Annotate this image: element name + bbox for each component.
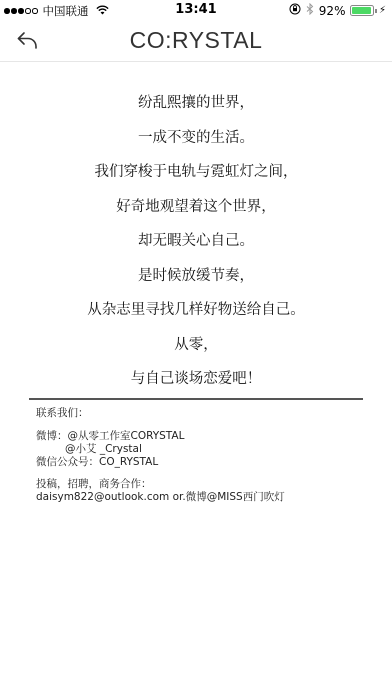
- contact-section: 联系我们： 微博：@从零工作室CORYSTAL @小艾 _Crystal 微信公…: [36, 407, 285, 504]
- contact-heading: 联系我们：: [36, 407, 285, 420]
- poem-line: 我们穿梭于电轨与霓虹灯之间，: [0, 159, 392, 194]
- poem-line: 却无暇关心自己。: [0, 228, 392, 263]
- battery-percent: 92%: [319, 4, 346, 18]
- orientation-lock-icon: [289, 3, 301, 18]
- status-right: 92% ⚡︎: [289, 3, 386, 18]
- navigation-bar: CO:RYSTAL: [0, 20, 392, 62]
- section-divider: [29, 398, 363, 400]
- weibo-account-1: @从零工作室CORYSTAL: [68, 430, 185, 442]
- page-title: CO:RYSTAL: [0, 27, 392, 54]
- poem-line: 从杂志里寻找几样好物送给自己。: [0, 297, 392, 332]
- poem-line: 从零，: [0, 332, 392, 367]
- poem-line: 好奇地观望着这个世界，: [0, 194, 392, 229]
- charging-icon: ⚡︎: [379, 5, 386, 16]
- business-heading: 投稿，招聘，商务合作：: [36, 478, 285, 491]
- poem-line: 与自己谈场恋爱吧！: [0, 366, 392, 401]
- poem-line: 是时候放缓节奏，: [0, 263, 392, 298]
- weibo-label: 微博：: [36, 430, 68, 442]
- wechat-account: 微信公众号：CO_RYSTAL: [36, 456, 285, 469]
- status-bar: 中国联通 13:41 92% ⚡︎: [0, 0, 392, 20]
- battery-icon: ⚡︎: [350, 5, 386, 16]
- weibo-row: 微博：@从零工作室CORYSTAL: [36, 430, 285, 443]
- intro-poem: 纷乱熙攘的世界， 一成不变的生活。 我们穿梭于电轨与霓虹灯之间， 好奇地观望着这…: [0, 90, 392, 401]
- poem-line: 一成不变的生活。: [0, 125, 392, 160]
- weibo-account-2: @小艾 _Crystal: [36, 443, 285, 456]
- bluetooth-icon: [306, 3, 314, 18]
- business-contact: daisym822@outlook.com or.微博@MISS西门吹灯: [36, 491, 285, 504]
- poem-line: 纷乱熙攘的世界，: [0, 90, 392, 125]
